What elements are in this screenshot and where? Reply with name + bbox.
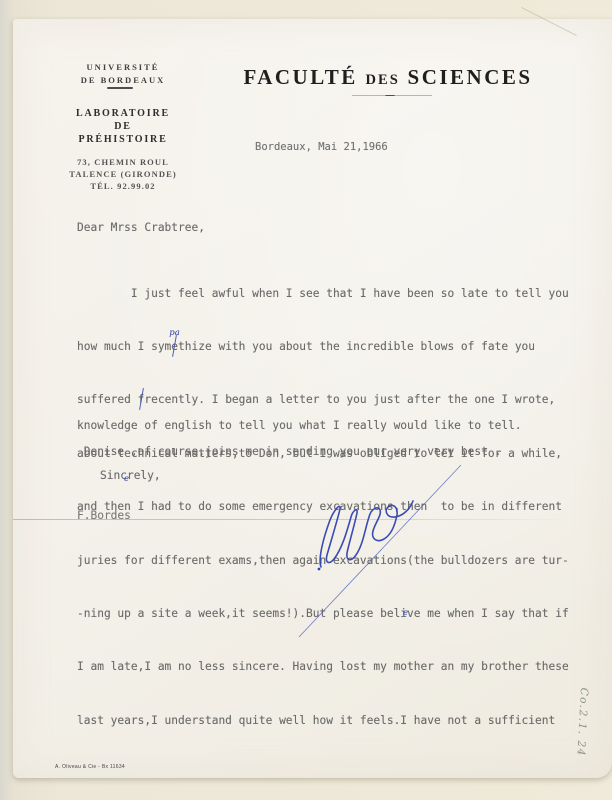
archive-note: Co.2.1. 24 xyxy=(574,687,590,757)
typed-signature-name: F.Bordes xyxy=(77,509,131,522)
letterhead-university-block: UNIVERSITÉ DE BORDEAUX xyxy=(43,61,203,86)
handwritten-signature xyxy=(285,455,485,655)
letterhead-laboratory-line: PRÉHISTOIRE xyxy=(43,134,203,147)
faculty-title-part: SCIENCES xyxy=(408,65,533,89)
typed-strikethrough: f xyxy=(138,391,145,409)
dateline: Bordeaux, Mai 21,1966 xyxy=(255,141,388,153)
letterhead-address-line: TALENCE (GIRONDE) xyxy=(43,168,203,180)
title-ornament xyxy=(352,95,432,96)
letterhead-address-line: 73, CHEMIN ROUL xyxy=(43,156,203,168)
signature-ink-dot xyxy=(318,568,321,571)
signature-flourish-line xyxy=(299,465,461,637)
signature-scrawl xyxy=(320,501,413,567)
letterhead-laboratory-line: DE xyxy=(43,121,203,134)
printer-imprint: A. Oliveau & Cie - Bx 11634 xyxy=(55,764,125,770)
letterhead-university-line: UNIVERSITÉ xyxy=(43,61,203,74)
letterhead-laboratory-block: LABORATOIRE DE PRÉHISTOIRE xyxy=(43,108,203,146)
salutation: Dear Mrss Crabtree, xyxy=(77,221,205,234)
letterhead-ornament xyxy=(107,87,133,89)
body-line: I just feel awful when I see that I have… xyxy=(77,285,569,303)
closing: Sincerely, xyxy=(100,469,161,482)
typed-strikethrough: pae xyxy=(171,338,178,356)
faculty-title-part: FACULTÉ xyxy=(243,65,357,89)
handwritten-insertion: pa xyxy=(169,329,180,337)
body-line: I am late,I am no less sincere. Having l… xyxy=(77,658,569,676)
body-line: suffered frecently. I began a letter to … xyxy=(77,391,569,409)
body-line: last years,I understand quite well how i… xyxy=(77,712,569,730)
corner-crease xyxy=(521,7,577,36)
body-line: knowledge of english to tell you what I … xyxy=(77,419,522,432)
letterhead-address-line: TÉL. 92.99.02 xyxy=(43,180,203,192)
letterhead-laboratory-line: LABORATOIRE xyxy=(43,108,203,121)
letterhead-university-line: DE BORDEAUX xyxy=(43,74,203,87)
letterhead-address-block: 73, CHEMIN ROUL TALENCE (GIRONDE) TÉL. 9… xyxy=(43,156,203,192)
letter-paper: UNIVERSITÉ DE BORDEAUX LABORATOIRE DE PR… xyxy=(13,19,612,778)
faculty-title: FACULTÉ DES SCIENCES xyxy=(223,65,553,90)
faculty-title-part: DES xyxy=(366,72,400,88)
handwritten-insertion: e xyxy=(124,475,129,483)
body-line: how much I sympaethize with you about th… xyxy=(77,338,569,356)
